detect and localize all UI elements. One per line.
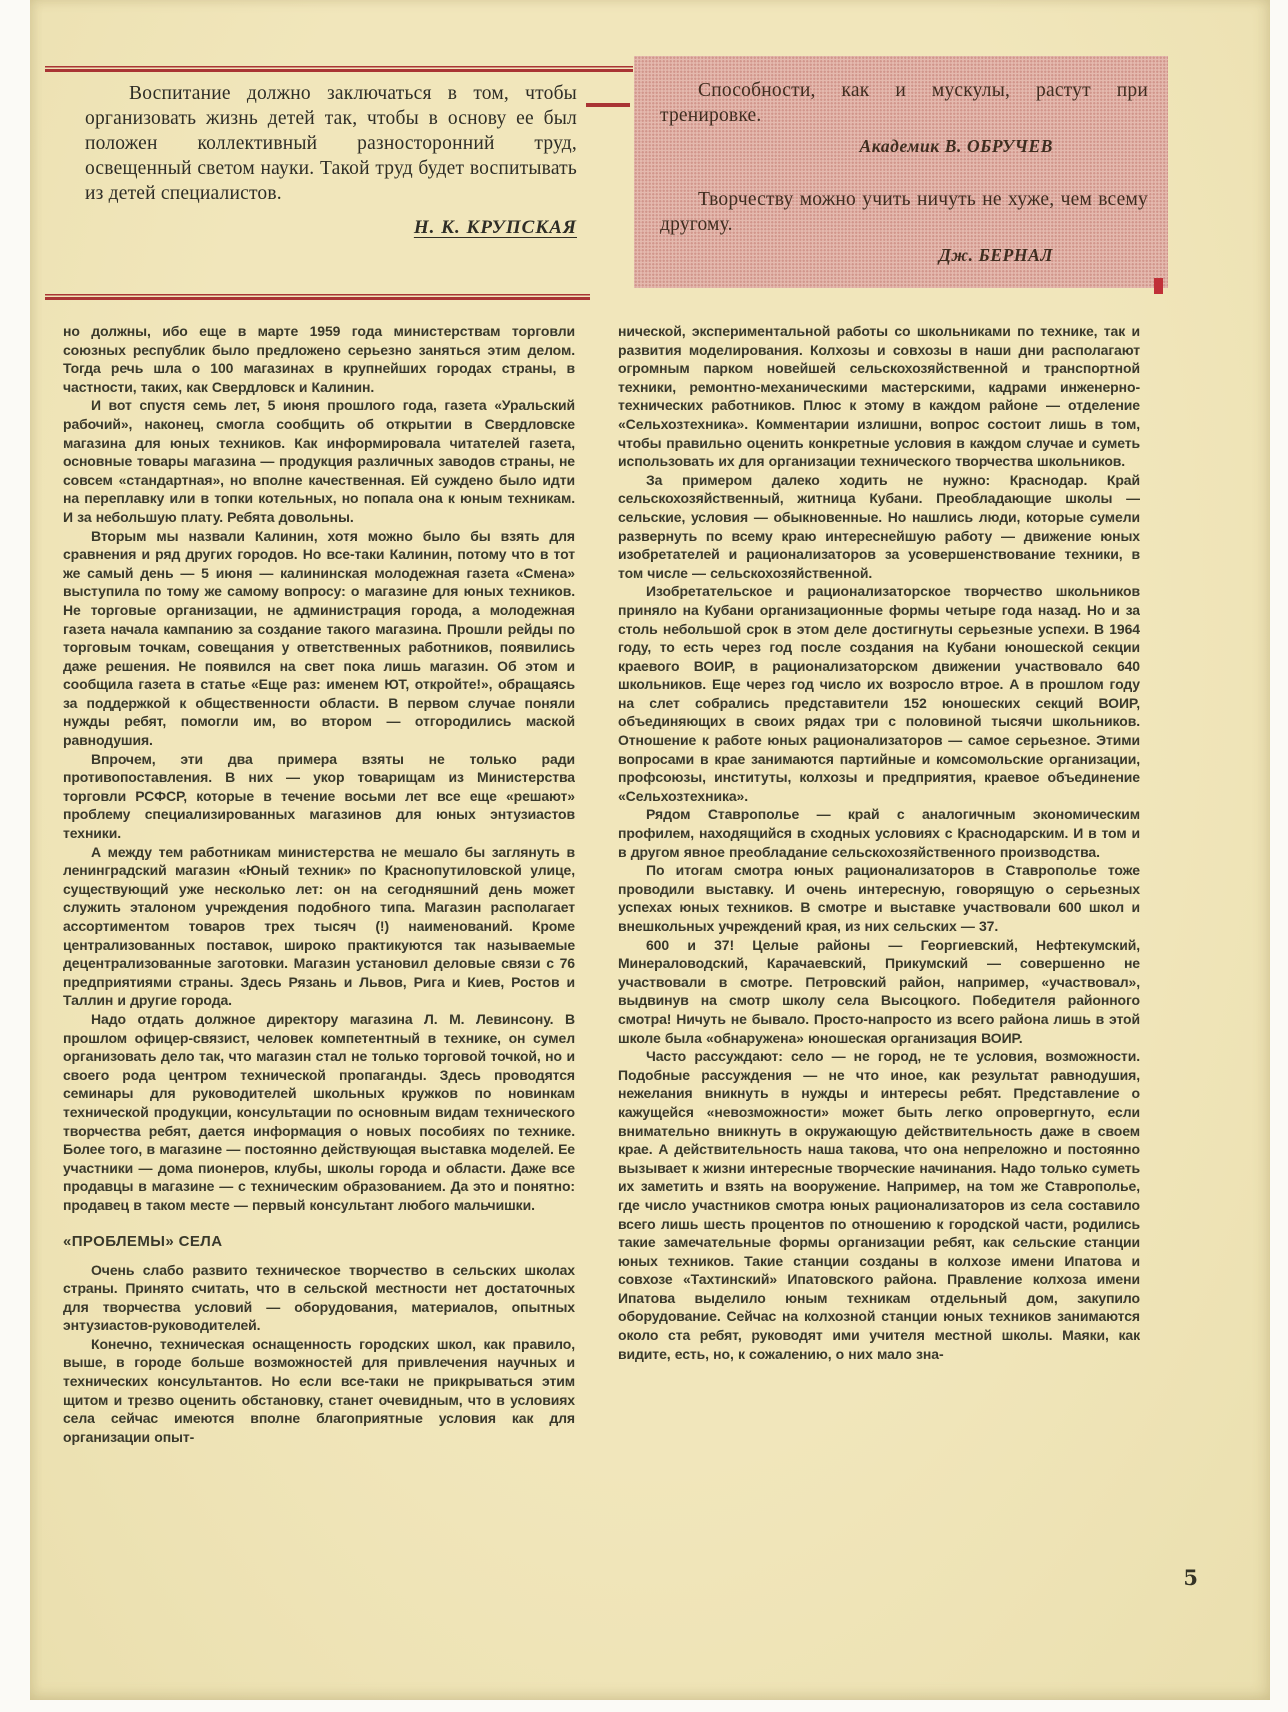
body-paragraph: И вот спустя семь лет, 5 июня прошлого г…	[63, 396, 575, 526]
body-paragraph: Очень слабо развито техническое творчест…	[63, 1261, 575, 1335]
page-number: 5	[1158, 1566, 1198, 1590]
red-rule-bottom	[45, 294, 590, 300]
body-paragraph: нической, экспериментальной работы со шк…	[618, 322, 1140, 471]
body-paragraph: Надо отдать должное директору магазина Л…	[63, 1010, 575, 1215]
magazine-page: Воспитание должно заключаться в том, что…	[30, 0, 1270, 1700]
quote-author: Н. К. КРУПСКАЯ	[85, 217, 577, 239]
body-paragraph: Впрочем, эти два примера взяты не только…	[63, 750, 575, 843]
quote-text: Творчеству можно учить ничуть не хуже, ч…	[660, 187, 1148, 237]
quote-author: Дж. БЕРНАЛ	[660, 245, 1148, 265]
body-paragraph: Часто рассуждают: село — не город, не те…	[618, 1047, 1140, 1363]
body-paragraph: Вторым мы назвали Калинин, хотя можно бы…	[63, 527, 575, 750]
quote-author: Академик В. ОБРУЧЕВ	[660, 136, 1148, 156]
red-rule-top	[45, 66, 633, 72]
body-paragraph: Конечно, техническая оснащенность городс…	[63, 1335, 575, 1447]
body-paragraph: А между тем работникам министерства не м…	[63, 843, 575, 1010]
left-text-column: но должны, ибо еще в марте 1959 года мин…	[63, 322, 575, 1594]
body-paragraph: но должны, ибо еще в марте 1959 года мин…	[63, 322, 575, 396]
right-text-column: нической, экспериментальной работы со шк…	[618, 322, 1140, 1568]
body-paragraph: По итогам смотра юных рационализаторов в…	[618, 861, 1140, 935]
epigraph-quote-box: Способности, как и мускулы, растут при т…	[634, 56, 1168, 288]
section-heading: «ПРОБЛЕМЫ» СЕЛА	[63, 1232, 575, 1252]
red-rule-dash	[586, 103, 630, 107]
body-paragraph: Рядом Ставрополье — край с аналогичным э…	[618, 805, 1140, 861]
body-paragraph: За примером далеко ходить не нужно: Крас…	[618, 471, 1140, 583]
body-paragraph: Изобретательское и рационализаторское тв…	[618, 582, 1140, 805]
body-paragraph: 600 и 37! Целые районы — Георгиевский, Н…	[618, 936, 1140, 1048]
quote-text: Воспитание должно заключаться в том, что…	[85, 82, 577, 207]
red-registration-mark	[1154, 278, 1163, 294]
quote-text: Способности, как и мускулы, растут при т…	[660, 78, 1148, 128]
krupskaya-quote-block: Воспитание должно заключаться в том, что…	[85, 82, 577, 239]
